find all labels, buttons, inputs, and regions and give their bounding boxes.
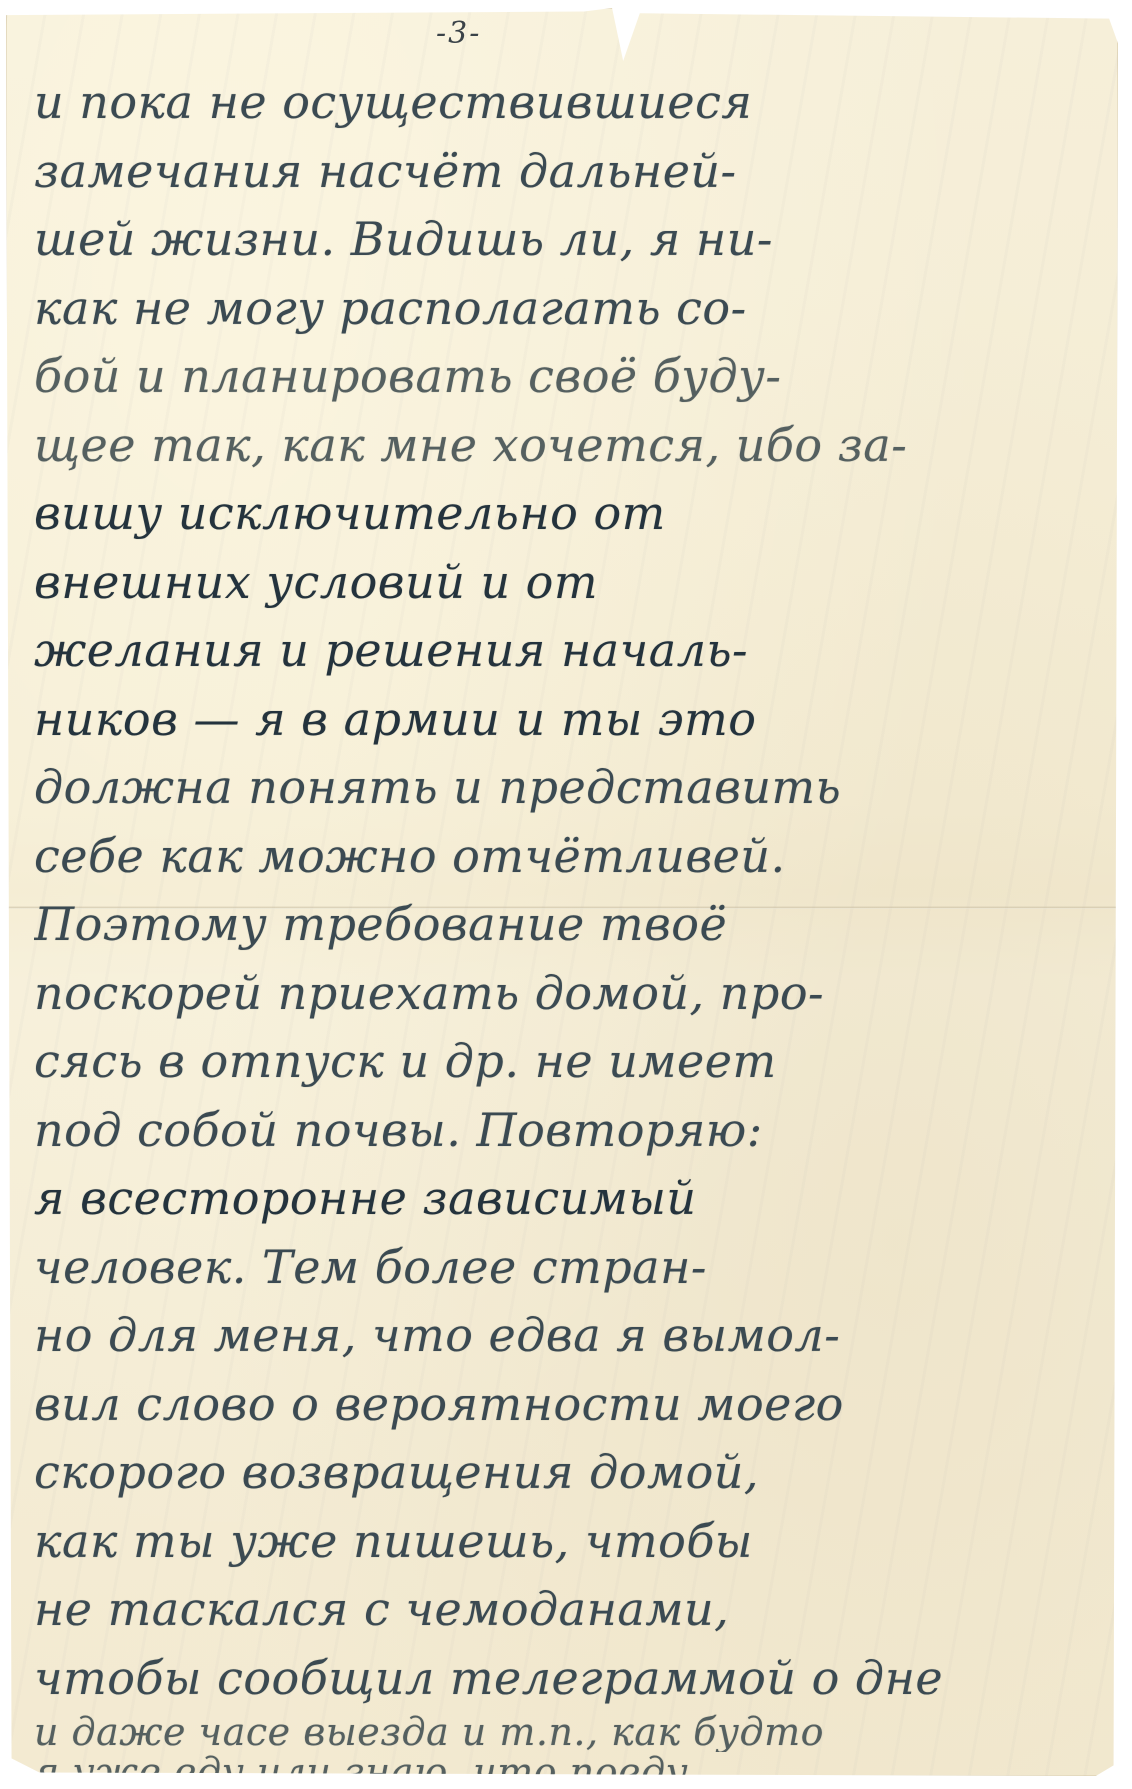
handwritten-text-body: и пока не осуществившиеся замечания насч…	[34, 28, 1109, 1789]
text-line: но для меня, что едва я вымол-	[34, 1301, 1109, 1370]
text-line: я уже еду или знаю, что поеду.	[34, 1752, 1109, 1789]
text-line: и даже часе выезда и т.п., как будто	[34, 1712, 1109, 1752]
text-line: скорого возвращения домой,	[34, 1438, 1109, 1507]
text-line: как ты уже пишешь, чтобы	[34, 1507, 1109, 1576]
text-line: шей жизни. Видишь ли, я ни-	[34, 205, 1109, 274]
text-line: под собой почвы. Повторяю:	[34, 1096, 1109, 1165]
text-line: вишу исключительно от	[34, 479, 1109, 548]
text-line: я всесторонне зависимый	[34, 1164, 1109, 1233]
text-line: внешних условий и от	[34, 548, 1109, 617]
text-line: человек. Тем более стран-	[34, 1233, 1109, 1302]
text-line: ников — я в армии и ты это	[34, 685, 1109, 754]
text-line: как не могу располагать со-	[34, 274, 1109, 343]
letter-page: -3- и пока не осуществившиеся замечания …	[6, 8, 1118, 1776]
text-line: вил слово о вероятности моего	[34, 1370, 1109, 1439]
text-line: Поэтому требование твоё	[34, 890, 1109, 959]
text-line: сясь в отпуск и др. не имеет	[34, 1027, 1109, 1096]
text-line: себе как можно отчётливей.	[34, 822, 1109, 891]
text-line: поскорей приехать домой, про-	[34, 959, 1109, 1028]
text-line: и пока не осуществившиеся	[34, 28, 1109, 137]
text-line: щее так, как мне хочется, ибо за-	[34, 411, 1109, 480]
text-line: не таскался с чемоданами,	[34, 1575, 1109, 1644]
text-line: должна понять и представить	[34, 753, 1109, 822]
text-line: бой и планировать своё буду-	[34, 342, 1109, 411]
text-line: чтобы сообщил телеграммой о дне	[34, 1644, 1109, 1713]
text-line: замечания насчёт дальней-	[34, 137, 1109, 206]
text-line: желания и решения началь-	[34, 616, 1109, 685]
